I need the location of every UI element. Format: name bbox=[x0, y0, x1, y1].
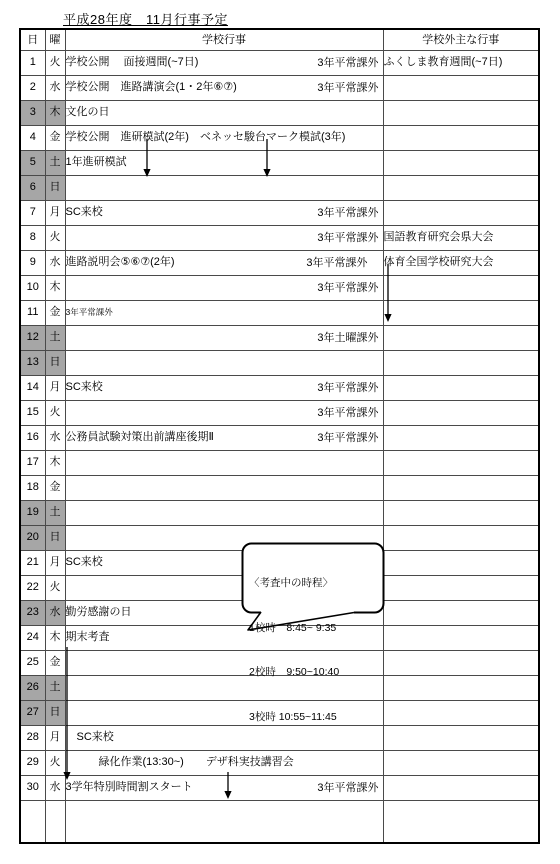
lesson-note: 3年平常課外 bbox=[317, 231, 378, 243]
header-day: 日 bbox=[20, 29, 45, 50]
day-cell: 19 bbox=[20, 500, 45, 525]
weekday-cell: 日 bbox=[45, 350, 65, 375]
weekday-cell: 水 bbox=[45, 250, 65, 275]
event-cell: 学校公開 面接週間(~7日)3年平常課外 bbox=[65, 50, 383, 75]
outside-event-cell bbox=[383, 475, 539, 500]
event-cell: 学校公開 進路講演会(1・2年⑥⑦)3年平常課外 bbox=[65, 75, 383, 100]
weekday-cell: 日 bbox=[45, 175, 65, 200]
table-row: 13日 bbox=[20, 350, 539, 375]
weekday-cell: 金 bbox=[45, 475, 65, 500]
weekday-cell: 水 bbox=[45, 425, 65, 450]
weekday-cell: 木 bbox=[45, 100, 65, 125]
outside-event-cell bbox=[383, 300, 539, 325]
day-cell: 18 bbox=[20, 475, 45, 500]
event-text: 学校公開 面接週間(~7日) bbox=[66, 56, 199, 68]
header-row: 日 曜 学校行事 学校外主な行事 bbox=[20, 29, 539, 50]
table-row: 5土1年進研模試 bbox=[20, 150, 539, 175]
weekday-cell: 月 bbox=[45, 375, 65, 400]
outside-event-cell: 国語教育研究会県大会 bbox=[383, 225, 539, 250]
weekday-cell: 土 bbox=[45, 150, 65, 175]
weekday-cell: 月 bbox=[45, 550, 65, 575]
day-cell: 1 bbox=[20, 50, 45, 75]
day-cell: 10 bbox=[20, 275, 45, 300]
table-row: 18金 bbox=[20, 475, 539, 500]
outside-event-cell bbox=[383, 725, 539, 750]
event-text: 公務員試験対策出前講座後期Ⅱ bbox=[66, 431, 214, 443]
outside-event-cell bbox=[383, 650, 539, 675]
event-cell: 3年平常課外 bbox=[65, 400, 383, 425]
table-row: 1火学校公開 面接週間(~7日)3年平常課外ふくしま教育週間(~7日) bbox=[20, 50, 539, 75]
outside-event-cell bbox=[383, 175, 539, 200]
table-row: 29火 緑化作業(13:30~) デザ科実技講習会 bbox=[20, 750, 539, 775]
event-cell: 1年進研模試 bbox=[65, 150, 383, 175]
weekday-cell: 火 bbox=[45, 50, 65, 75]
weekday-cell: 土 bbox=[45, 325, 65, 350]
event-text: 勤労感謝の日 bbox=[66, 606, 132, 618]
outside-event-cell bbox=[383, 400, 539, 425]
event-text: SC来校 bbox=[66, 381, 103, 393]
event-text: 3学年特別時間割スタート bbox=[66, 781, 193, 793]
event-cell: 学校公開 進研模試(2年) ベネッセ駿台マーク模試(3年) bbox=[65, 125, 383, 150]
table-row: 16水公務員試験対策出前講座後期Ⅱ3年平常課外 bbox=[20, 425, 539, 450]
outside-event-cell bbox=[383, 125, 539, 150]
day-cell: 24 bbox=[20, 625, 45, 650]
day-cell: 5 bbox=[20, 150, 45, 175]
outside-event-cell bbox=[383, 800, 539, 843]
table-row: 9水進路説明会⑤⑥⑦(2年)3年平常課外 体育全国学校研究大会 bbox=[20, 250, 539, 275]
lesson-note: 3年平常課外 bbox=[317, 406, 378, 418]
day-cell: 17 bbox=[20, 450, 45, 475]
day-cell: 12 bbox=[20, 325, 45, 350]
outside-event-cell bbox=[383, 550, 539, 575]
exam-period-1: 1校時 8:45~ 9:35 bbox=[249, 621, 383, 636]
weekday-cell: 水 bbox=[45, 75, 65, 100]
header-weekday: 曜 bbox=[45, 29, 65, 50]
lesson-note: 3年平常課外 bbox=[317, 431, 378, 443]
weekday-cell: 金 bbox=[45, 125, 65, 150]
day-cell: 2 bbox=[20, 75, 45, 100]
outside-event-cell bbox=[383, 775, 539, 800]
event-cell: 3年平常課外 bbox=[65, 275, 383, 300]
outside-event-cell bbox=[383, 425, 539, 450]
day-cell: 20 bbox=[20, 525, 45, 550]
outside-event-cell bbox=[383, 675, 539, 700]
outside-event-cell bbox=[383, 450, 539, 475]
weekday-cell bbox=[45, 800, 65, 843]
lesson-note: 3年平常課外 bbox=[317, 781, 378, 793]
outside-event-cell bbox=[383, 275, 539, 300]
weekday-cell: 火 bbox=[45, 750, 65, 775]
schedule-page: { "title": "平成28年度 11月行事予定", "colors": {… bbox=[0, 0, 560, 864]
weekday-cell: 金 bbox=[45, 300, 65, 325]
outside-event-cell bbox=[383, 575, 539, 600]
lesson-note: 3年平常課外 bbox=[317, 206, 378, 218]
weekday-cell: 火 bbox=[45, 225, 65, 250]
table-row: 10木3年平常課外 bbox=[20, 275, 539, 300]
weekday-cell: 日 bbox=[45, 700, 65, 725]
day-cell: 28 bbox=[20, 725, 45, 750]
table-row: 3木文化の日 bbox=[20, 100, 539, 125]
day-cell: 13 bbox=[20, 350, 45, 375]
header-school-events: 学校行事 bbox=[65, 29, 383, 50]
weekday-cell: 土 bbox=[45, 500, 65, 525]
page-title: 平成28年度 11月行事予定 bbox=[63, 9, 228, 28]
table-row bbox=[20, 800, 539, 843]
weekday-cell: 水 bbox=[45, 775, 65, 800]
header-outside-events: 学校外主な行事 bbox=[383, 29, 539, 50]
outside-event-cell bbox=[383, 350, 539, 375]
outside-event-cell bbox=[383, 600, 539, 625]
outside-event-cell bbox=[383, 700, 539, 725]
day-cell: 29 bbox=[20, 750, 45, 775]
event-cell bbox=[65, 350, 383, 375]
event-cell: 進路説明会⑤⑥⑦(2年)3年平常課外 bbox=[65, 250, 383, 275]
table-row: 8火3年平常課外国語教育研究会県大会 bbox=[20, 225, 539, 250]
outside-event-cell bbox=[383, 150, 539, 175]
weekday-cell: 水 bbox=[45, 600, 65, 625]
event-cell: 3年平常課外 bbox=[65, 225, 383, 250]
event-text: 緑化作業(13:30~) デザ科実技講習会 bbox=[66, 756, 294, 768]
day-cell bbox=[20, 800, 45, 843]
event-text: SC来校 bbox=[66, 206, 103, 218]
event-text: 期末考査 bbox=[66, 631, 110, 643]
day-cell: 26 bbox=[20, 675, 45, 700]
event-cell: 3年平常課外 bbox=[65, 300, 383, 325]
lesson-note: 3年平常課外 bbox=[317, 56, 378, 68]
table-row: 15火3年平常課外 bbox=[20, 400, 539, 425]
table-row: 17木 bbox=[20, 450, 539, 475]
event-text: 進路説明会⑤⑥⑦(2年) bbox=[66, 256, 175, 268]
day-cell: 6 bbox=[20, 175, 45, 200]
day-cell: 16 bbox=[20, 425, 45, 450]
weekday-cell: 月 bbox=[45, 200, 65, 225]
day-cell: 21 bbox=[20, 550, 45, 575]
event-cell: 緑化作業(13:30~) デザ科実技講習会 bbox=[65, 750, 383, 775]
day-cell: 11 bbox=[20, 300, 45, 325]
event-text: 学校公開 進研模試(2年) ベネッセ駿台マーク模試(3年) bbox=[66, 131, 346, 143]
outside-event-cell bbox=[383, 625, 539, 650]
outside-event-cell bbox=[383, 200, 539, 225]
table-row: 14月SC来校3年平常課外 bbox=[20, 375, 539, 400]
day-cell: 25 bbox=[20, 650, 45, 675]
weekday-cell: 金 bbox=[45, 650, 65, 675]
table-row: 11金3年平常課外 bbox=[20, 300, 539, 325]
event-cell bbox=[65, 450, 383, 475]
event-text: SC来校 bbox=[66, 731, 114, 743]
weekday-cell: 土 bbox=[45, 675, 65, 700]
table-row: 6日 bbox=[20, 175, 539, 200]
weekday-cell: 火 bbox=[45, 575, 65, 600]
event-cell: SC来校3年平常課外 bbox=[65, 375, 383, 400]
event-cell: 文化の日 bbox=[65, 100, 383, 125]
event-cell: 公務員試験対策出前講座後期Ⅱ3年平常課外 bbox=[65, 425, 383, 450]
outside-event-cell bbox=[383, 325, 539, 350]
outside-event-cell bbox=[383, 75, 539, 100]
day-cell: 4 bbox=[20, 125, 45, 150]
outside-event-cell: ふくしま教育週間(~7日) bbox=[383, 50, 539, 75]
weekday-cell: 木 bbox=[45, 275, 65, 300]
exam-period-3: 3校時 10:55~11:45 bbox=[249, 710, 383, 725]
outside-event-cell bbox=[383, 525, 539, 550]
day-cell: 23 bbox=[20, 600, 45, 625]
event-cell: 3学年特別時間割スタート3年平常課外 bbox=[65, 775, 383, 800]
exam-timetable-note: 〈考査中の時程〉 1校時 8:45~ 9:35 2校時 9:50~10:40 3… bbox=[249, 546, 383, 740]
event-cell bbox=[65, 500, 383, 525]
day-cell: 7 bbox=[20, 200, 45, 225]
exam-timetable-title: 〈考査中の時程〉 bbox=[249, 576, 383, 591]
table-row: 2水学校公開 進路講演会(1・2年⑥⑦)3年平常課外 bbox=[20, 75, 539, 100]
day-cell: 14 bbox=[20, 375, 45, 400]
day-cell: 9 bbox=[20, 250, 45, 275]
event-text: 1年進研模試 bbox=[66, 156, 127, 168]
lesson-note: 3年平常課外 bbox=[317, 381, 378, 393]
table-row: 12土3年土曜課外 bbox=[20, 325, 539, 350]
lesson-note: 3年平常課外 bbox=[317, 281, 378, 293]
weekday-cell: 日 bbox=[45, 525, 65, 550]
weekday-cell: 木 bbox=[45, 625, 65, 650]
event-cell bbox=[65, 800, 383, 843]
event-text: SC来校 bbox=[66, 556, 103, 568]
event-cell bbox=[65, 475, 383, 500]
lesson-note: 3年平常課外 bbox=[317, 81, 378, 93]
table-row: 19土 bbox=[20, 500, 539, 525]
weekday-cell: 木 bbox=[45, 450, 65, 475]
outside-event-cell bbox=[383, 500, 539, 525]
lesson-note: 3年平常課外 bbox=[306, 256, 378, 268]
outside-event-cell bbox=[383, 375, 539, 400]
weekday-cell: 月 bbox=[45, 725, 65, 750]
outside-event-cell bbox=[383, 100, 539, 125]
day-cell: 30 bbox=[20, 775, 45, 800]
day-cell: 8 bbox=[20, 225, 45, 250]
day-cell: 22 bbox=[20, 575, 45, 600]
outside-event-cell bbox=[383, 750, 539, 775]
table-row: 4金学校公開 進研模試(2年) ベネッセ駿台マーク模試(3年) bbox=[20, 125, 539, 150]
event-text: 文化の日 bbox=[66, 106, 110, 118]
exam-period-2: 2校時 9:50~10:40 bbox=[249, 665, 383, 680]
event-cell: SC来校3年平常課外 bbox=[65, 200, 383, 225]
event-cell: 3年土曜課外 bbox=[65, 325, 383, 350]
day-cell: 27 bbox=[20, 700, 45, 725]
event-text: 3年平常課外 bbox=[66, 307, 113, 317]
event-text: 学校公開 進路講演会(1・2年⑥⑦) bbox=[66, 81, 237, 93]
day-cell: 15 bbox=[20, 400, 45, 425]
outside-event-cell: 体育全国学校研究大会 bbox=[383, 250, 539, 275]
table-row: 30水3学年特別時間割スタート3年平常課外 bbox=[20, 775, 539, 800]
event-cell bbox=[65, 175, 383, 200]
lesson-note: 3年土曜課外 bbox=[317, 331, 378, 343]
day-cell: 3 bbox=[20, 100, 45, 125]
table-row: 7月SC来校3年平常課外 bbox=[20, 200, 539, 225]
weekday-cell: 火 bbox=[45, 400, 65, 425]
